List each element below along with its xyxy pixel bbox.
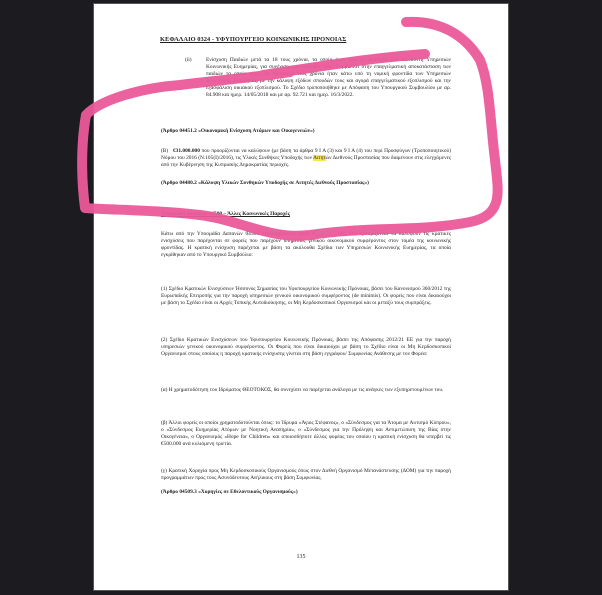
item-ii: (ii) Ενίσχυση Παιδιών μετά τα 18 τους χρ… <box>161 57 451 98</box>
page-number: 135 <box>94 554 508 560</box>
subhead-04500: Υποομάδα Δαπανών 04500 – Άλλες Κοινωνικέ… <box>161 211 451 218</box>
sub-item-c: (γ) Κρατική Χορηγία προς Μη Κερδοσκοπικο… <box>161 468 451 482</box>
highlighted-word: Αιτητ <box>313 155 326 161</box>
item-b: (Β) €31.000.000 που προορίζονται να καλύ… <box>161 148 451 169</box>
scheme-2: (2) Σχέδιο Κρατικών Ενισχύσεων του Υφυπο… <box>161 337 451 358</box>
item-ii-label: (ii) <box>161 57 206 98</box>
document-page: ΚΕΦΑΛΑΙΟ 0324 - ΥΦΥΠΟΥΡΓΕΙΟ ΚΟΙΝΩΝΙΚΗΣ Π… <box>94 4 508 590</box>
intro-04500: Κάτω από την Υποομάδα Δαπανών 04500 περι… <box>161 231 451 259</box>
chapter-title: ΚΕΦΑΛΑΙΟ 0324 - ΥΦΥΠΟΥΡΓΕΙΟ ΚΟΙΝΩΝΙΚΗΣ Π… <box>160 36 460 43</box>
sub-item-b: (β) Άλλοι φορείς οι οποίοι χρηματοδοτούν… <box>161 420 451 448</box>
item-ii-text: Ενίσχυση Παιδιών μετά τα 18 τους χρόνια,… <box>206 57 451 98</box>
scheme-1: (1) Σχέδιο Κρατικών Ενισχύσεων Ήσσονος Σ… <box>161 286 451 307</box>
article-04509: (Άρθρο 04509.3 «Χορηγίες σε Εθελοντικούς… <box>161 489 451 496</box>
article-04451: (Άρθρο 04451.2 «Οικονομική Ενίσχυση Ατόμ… <box>161 128 451 135</box>
article-04480: (Άρθρο 04480.2 «Κάλυψη Υλικών Συνθηκών Υ… <box>161 180 451 187</box>
item-b-label: (Β) <box>161 148 168 154</box>
item-b-amount: €31.000.000 <box>173 148 200 154</box>
sub-item-a: (α) Η χρηματοδότηση του Ιδρύματος ΘΕΟΤΟΚ… <box>161 387 451 394</box>
